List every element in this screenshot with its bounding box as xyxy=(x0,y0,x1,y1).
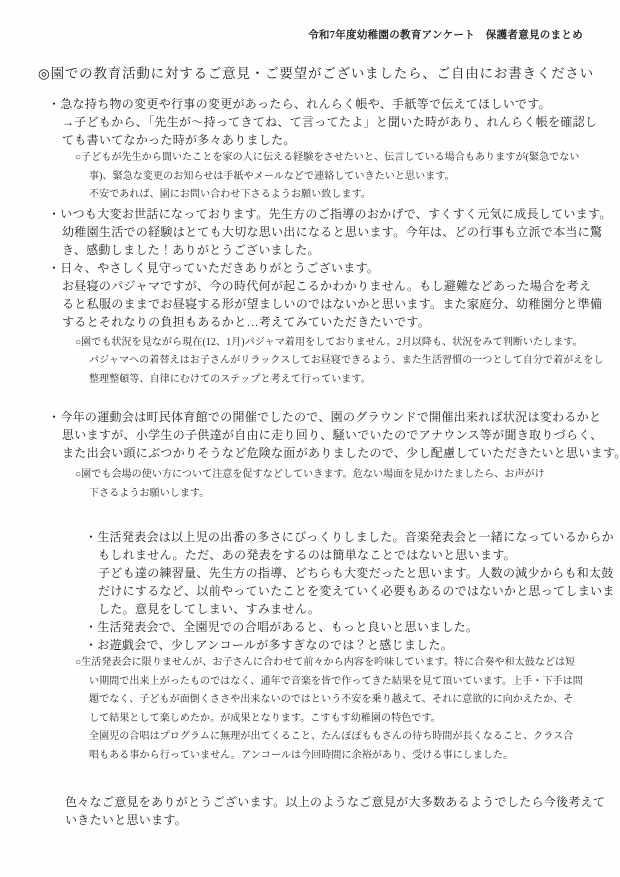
text-line: 不安であれば、園にお問い合わせ下さるようお願い致します。 xyxy=(0,186,620,205)
text-line: 思いますが、小学生の子供達が自由に走り回り、騒いでいたのでアナウンス等が聞き取り… xyxy=(0,426,620,444)
text-line: だけにするなど、以前やっていたことを変えていく必要もあるのではないかと思ってしま… xyxy=(0,582,620,600)
text-line: ・お遊戯会で、少しアンコールが多すぎなのでは？と感じました。 xyxy=(0,636,620,654)
text-line: →子どもから、「先生が～持ってきてね、て言ってたよ」と聞いた時があり、れんらく帳… xyxy=(0,113,620,131)
text-line: ○園でも会場の使い方について注意を促すなどしていきます。危ない場面を見かけたまし… xyxy=(0,466,620,485)
text-line: ・生活発表会は以上児の出番の多さにびっくりしました。音楽発表会と一緒になっている… xyxy=(0,528,620,546)
recital-reply: ○生活発表会に限りませんが、お子さんに合わせて前々から内容を吟味しています。特に… xyxy=(0,654,620,765)
text-line: した。意見をしてしまい、すみません。 xyxy=(0,600,620,618)
text-line: もしれません。ただ、あの発表をするのは簡単なことではないと思います。 xyxy=(0,546,620,564)
text-line: ・今年の運動会は町民体育館での開催でしたので、園のグラウンドで開催出来れば状況は… xyxy=(0,408,620,426)
chorus-opinion: ・生活発表会で、全園児での合唱があると、もっと良いと思いました。 xyxy=(0,618,620,636)
text-line: ○園でも状況を見ながら現在(12、1月)パジャマ着用をしておりません。2月以降も… xyxy=(0,334,620,353)
text-line: パジャマへの着替えはお子さんがリラックスしてお昼寝できるよう、また生活習慣の一つ… xyxy=(0,352,620,371)
sports-day-opinion: ・今年の運動会は町民体育館での開催でしたので、園のグラウンドで開催出来れば状況は… xyxy=(0,408,620,462)
encore-opinion: ・お遊戯会で、少しアンコールが多すぎなのでは？と感じました。 xyxy=(0,636,620,654)
text-line: ・生活発表会で、全園児での合唱があると、もっと良いと思いました。 xyxy=(0,618,620,636)
text-line: して結果として楽しめたか。が成果となります。こすもす幼稚園の特色です。 xyxy=(0,710,620,729)
text-line: 事)、緊急な変更のお知らせは手紙やメールなどで連絡していきたいと思います。 xyxy=(0,168,620,187)
venue-reply: ○園でも会場の使い方について注意を促すなどしていきます。危ない場面を見かけたまし… xyxy=(0,466,620,503)
belongings-opinion: ・急な持ち物の変更や行事の変更があったら、れんらく帳や、手紙等で伝えてほしいです… xyxy=(0,95,620,149)
document-body: ・急な持ち物の変更や行事の変更があったら、れんらく帳や、手紙等で伝えてほしいです… xyxy=(0,95,620,829)
pajama-opinion: ・日々、やさしく見守っていただきありがとうございます。お昼寝のパジャマですが、今… xyxy=(0,259,620,331)
belongings-reply: ○子どもが先生から聞いたことを家の人に伝える経験をさせたいと、伝言している場合も… xyxy=(0,149,620,205)
text-line: 下さるようお願いします。 xyxy=(0,485,620,504)
text-line: ・急な持ち物の変更や行事の変更があったら、れんらく帳や、手紙等で伝えてほしいです… xyxy=(0,95,620,113)
text-line: するとそれなりの負担もあるかと…考えてみていただきたいです。 xyxy=(0,313,620,331)
text-line: ・日々、やさしく見守っていただきありがとうございます。 xyxy=(0,259,620,277)
text-line: き、感動しました！ありがとうございました。 xyxy=(0,241,620,259)
text-line: ○子どもが先生から聞いたことを家の人に伝える経験をさせたいと、伝言している場合も… xyxy=(0,149,620,168)
text-line: 色々なご意見をありがとうございます。以上のようなご意見が大多数あるようでしたら今… xyxy=(0,793,620,811)
text-line: い期間で出来上がったものではなく、通年で音楽を皆で作ってきた結果を見て頂いていま… xyxy=(0,673,620,692)
text-line: お昼寝のパジャマですが、今の時代何が起こるかわかりません。もし避難などあった場合… xyxy=(0,277,620,295)
closing: 色々なご意見をありがとうございます。以上のようなご意見が大多数あるようでしたら今… xyxy=(0,793,620,829)
text-line: 幼稚園生活での経験はとても大切な思い出になると思います。今年は、どの行事も立派で… xyxy=(0,223,620,241)
text-line: また出会い頭にぶつかりそうなど危険な面がありましたので、少し配慮していただきたい… xyxy=(0,444,620,462)
thanks-opinion: ・いつも大変お世話になっております。先生方のご指導のおかげで、すくすく元気に成長… xyxy=(0,205,620,259)
text-line: 整理整頓等、自律にむけてのステップと考えて行っています。 xyxy=(0,371,620,390)
text-line: ると私服のままでお昼寝する形が望ましいのではないかと思います。また家庭分、幼稚園… xyxy=(0,295,620,313)
pajama-reply: ○園でも状況を見ながら現在(12、1月)パジャマ着用をしておりません。2月以降も… xyxy=(0,334,620,390)
text-line: ○生活発表会に限りませんが、お子さんに合わせて前々から内容を吟味しています。特に… xyxy=(0,654,620,673)
text-line: 子ども達の練習量、先生方の指導、どちらも大変だったと思います。人数の減少からも和… xyxy=(0,564,620,582)
text-line: 唱もある事から行っていません。アンコールは今回時間に余裕があり、受ける事にしまし… xyxy=(0,747,620,766)
text-line: ・いつも大変お世話になっております。先生方のご指導のおかげで、すくすく元気に成長… xyxy=(0,205,620,223)
text-line: 全園児の合唱はプログラムに無理が出てくること、たんぽぽももさんの待ち時間が長くな… xyxy=(0,728,620,747)
survey-summary-page: 令和7年度幼稚園の教育アンケート 保護者意見のまとめ ◎園での教育活動に対するご… xyxy=(0,0,620,877)
text-line: ても書いてなかった時が多々ありました。 xyxy=(0,131,620,149)
page-title: ◎園での教育活動に対するご意見・ご要望がございましたら、ご自由にお書きください xyxy=(0,62,620,82)
text-line: いきたいと思います。 xyxy=(0,811,620,829)
text-line: 題でなく、子どもが面倒くささや出来ないのではという不安を乗り越えて、それに意欲的… xyxy=(0,691,620,710)
recital-opinion: ・生活発表会は以上児の出番の多さにびっくりしました。音楽発表会と一緒になっている… xyxy=(0,528,620,618)
document-header: 令和7年度幼稚園の教育アンケート 保護者意見のまとめ xyxy=(0,0,620,42)
